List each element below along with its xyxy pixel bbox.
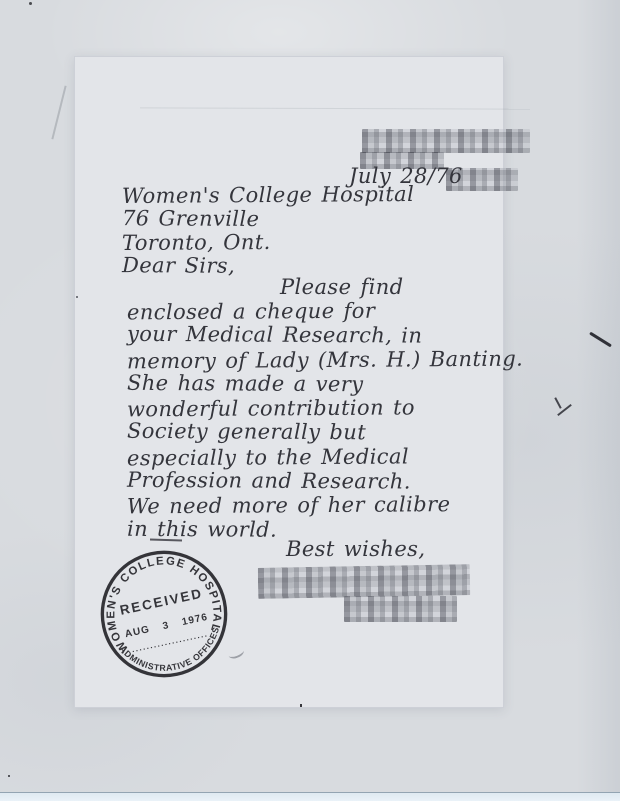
pen-mark bbox=[589, 332, 612, 348]
ink-speck bbox=[8, 775, 10, 777]
body-line: She has made a very bbox=[127, 371, 523, 398]
checkmark-pen-mark bbox=[554, 397, 561, 409]
recipient-address-block: Women's College Hospital 76 Grenville To… bbox=[122, 184, 414, 278]
recipient-line: 76 Grenville bbox=[122, 207, 414, 232]
recipient-line: Women's College Hospital bbox=[122, 183, 414, 209]
redacted-address-line-1 bbox=[362, 129, 530, 153]
recipient-line: Toronto, Ont. bbox=[122, 230, 414, 256]
stamp-received-text: RECEIVED bbox=[118, 586, 204, 618]
body-line: especially to the Medical bbox=[127, 443, 523, 470]
checkmark-pen-mark bbox=[557, 404, 572, 416]
body-opening-line: Please find bbox=[280, 275, 404, 299]
ink-speck bbox=[29, 2, 32, 5]
received-stamp: WOMEN'S COLLEGE HOSPITAL ADMINISTRATIVE … bbox=[85, 535, 244, 694]
body-line: Profession and Research. bbox=[127, 468, 523, 495]
body-line: enclosed a cheque for bbox=[127, 298, 523, 325]
paper-scratch bbox=[51, 86, 66, 140]
body-line: We need more of her calibre bbox=[127, 492, 523, 519]
scanned-page: July 28/76 Women's College Hospital 76 G… bbox=[0, 0, 620, 801]
received-stamp-graphic: WOMEN'S COLLEGE HOSPITAL ADMINISTRATIVE … bbox=[85, 535, 244, 694]
redacted-signature-line-1 bbox=[258, 564, 471, 599]
scanner-edge-strip bbox=[0, 792, 620, 801]
letter-body: enclosed a cheque for your Medical Resea… bbox=[127, 299, 523, 542]
body-line: Society generally but bbox=[127, 419, 523, 446]
closing-line: Best wishes, bbox=[286, 537, 425, 561]
body-line: memory of Lady (Mrs. H.) Banting. bbox=[127, 346, 523, 373]
body-line: wonderful contribution to bbox=[127, 395, 523, 422]
body-line: your Medical Research, in bbox=[127, 322, 523, 349]
redacted-signature-line-2 bbox=[344, 596, 457, 622]
